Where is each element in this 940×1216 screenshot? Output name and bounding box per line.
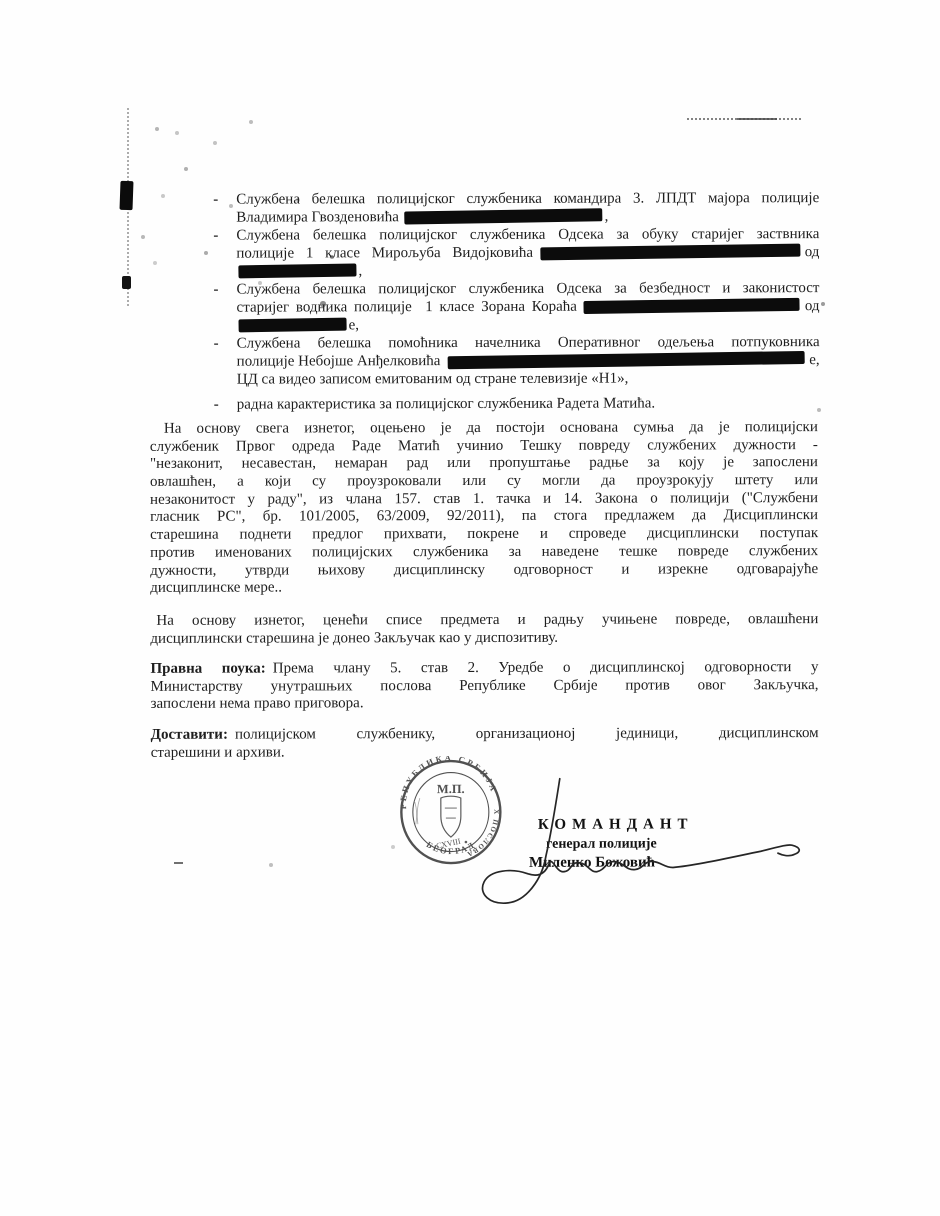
evidence-line: е, bbox=[237, 315, 820, 335]
evidence-line: - радна карактеристика за полицијског сл… bbox=[237, 394, 820, 414]
bullet-dash: - bbox=[214, 396, 219, 414]
redaction-bar bbox=[447, 350, 804, 368]
redaction-bar bbox=[238, 263, 356, 278]
bullet-dash: - bbox=[214, 335, 219, 353]
evidence-line: - Службена белешка помоћника начелника О… bbox=[237, 333, 820, 353]
scanned-document-page: - Службена белешка полицијског службеник… bbox=[0, 0, 940, 1216]
assessment-paragraph: На основу свега изнетог, оцењено је да п… bbox=[150, 419, 818, 598]
bullet-dash: - bbox=[213, 227, 218, 245]
evidence-line: - Службена белешка полицијског службеник… bbox=[236, 225, 819, 245]
official-stamp: РЕПУБЛИКА СРБИЈА Х ПОСЛОВА БЕОГРАД М.П. … bbox=[397, 756, 509, 868]
evidence-list: - Службена белешка полицијског службеник… bbox=[236, 189, 820, 414]
commander-name: Миленко Божовић bbox=[529, 853, 694, 871]
legal-notice-paragraph: Правна поука:Према члану 5. став 2. Уред… bbox=[150, 659, 818, 714]
redaction-bar bbox=[238, 318, 346, 333]
legal-notice-label: Правна поука: bbox=[150, 661, 265, 677]
conclusion-paragraph: На основу изнетог, ценећи списе предмета… bbox=[150, 611, 818, 648]
evidence-line: - Службена белешка полицијског службеник… bbox=[236, 279, 819, 299]
evidence-line: ЦД са видео записом емитованим од стране… bbox=[237, 369, 820, 389]
bullet-dash: - bbox=[213, 281, 218, 299]
evidence-line: полиције 1 класе Мирољуба Видојковића од bbox=[236, 243, 819, 263]
document-content: - Службена белешка полицијског службеник… bbox=[0, 0, 940, 1216]
stamp-coat-of-arms bbox=[441, 796, 461, 837]
commander-rank: генерал полиције bbox=[546, 834, 694, 853]
signature-block: КОМАНДАНТ генерал полиције Миленко Божов… bbox=[529, 815, 694, 871]
evidence-line: - Службена белешка полицијског службеник… bbox=[236, 189, 819, 209]
redaction-bar bbox=[540, 243, 800, 260]
redaction-bar bbox=[584, 297, 800, 313]
stamp-center-label: М.П. bbox=[437, 782, 465, 796]
evidence-line: старијег водника полиције 1 класе Зорана… bbox=[237, 297, 820, 317]
commander-title: КОМАНДАНТ bbox=[538, 815, 694, 834]
bullet-dash: - bbox=[213, 191, 218, 209]
redaction-bar bbox=[405, 208, 603, 224]
evidence-line: , bbox=[236, 261, 819, 281]
evidence-line: Владимира Гвозденовића , bbox=[236, 207, 819, 227]
evidence-line: полиције Небојше Анђелковића е, bbox=[237, 351, 820, 371]
delivery-label: Доставити: bbox=[151, 727, 228, 743]
